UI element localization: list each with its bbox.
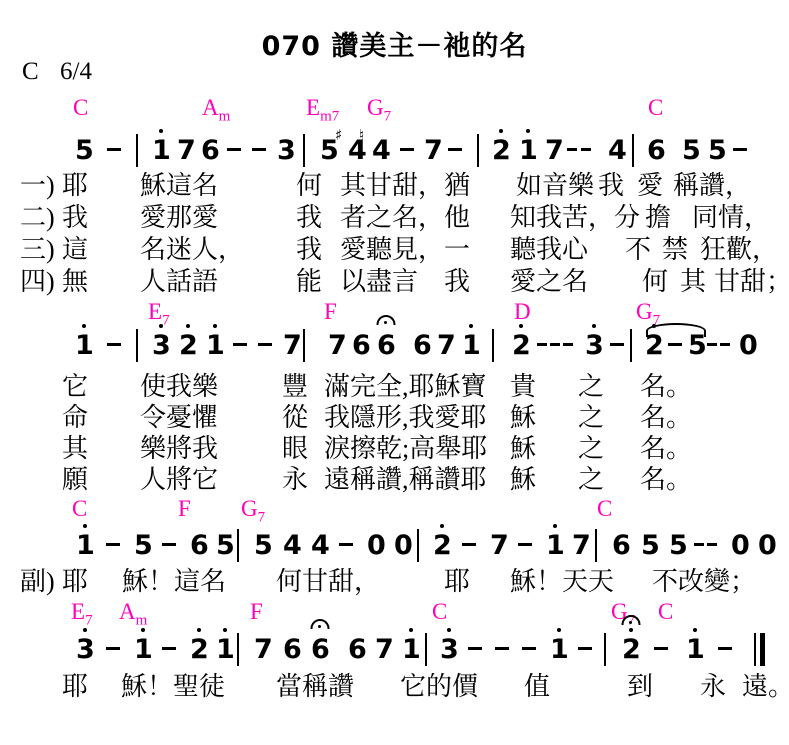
note: 3 [440,636,458,663]
note: 7 [490,532,508,559]
lyric-segment: 使我樂 [140,372,218,402]
lyric-segment: 愛聽見，一 [340,235,470,265]
note: 3 [277,137,295,164]
note: 6 [647,137,665,164]
lyric-segment: 人將它 [140,465,218,495]
lyric-segment: 耶 [62,567,88,597]
lyric-segment: 穌！這名 [122,567,226,597]
note: 5 [254,532,272,559]
note: 4♮ [372,137,390,164]
lyric-segment: 豐 [282,372,308,402]
dash-line [537,343,547,346]
tie-arc [646,323,706,337]
note: 1 [686,636,704,663]
dash-line [448,148,462,151]
note: 1 [216,636,234,663]
lyric-segment: 樂將我 [140,434,218,464]
note: 2 [492,137,510,164]
octave-dot [213,324,217,328]
octave-dot [592,324,596,328]
barline [237,529,239,562]
lyric-segment: 何甘甜， [276,567,380,597]
lyric-segment: 遠稱讚,稱讚耶 [324,465,487,495]
dash-line [733,148,747,151]
chord-label: Em7 [306,96,339,125]
rest-note: 0 [731,532,749,559]
note: 7 [254,636,272,663]
note: 6 [201,137,219,164]
lyric-segment: 副) [20,567,55,597]
octave-dot [526,129,530,133]
lyric-segment: 名。 [640,465,692,495]
lyric-segment: 聽我心 [510,235,588,265]
lyric-segment: 擔 [645,203,671,233]
dash-line [468,647,482,650]
chord-label: F [250,600,263,623]
final-barline-thin [754,633,756,666]
note: 5 [134,532,152,559]
dash-line [707,543,717,546]
note: 5 [708,137,726,164]
final-barline-thick [760,633,765,666]
lyric-segment: 愛之名 [510,267,588,297]
lyric-segment: 不改變； [652,567,756,597]
octave-dot [499,129,503,133]
lyric-segment: 二) [20,203,55,233]
barline [630,329,632,362]
lyric-segment: 名。 [640,403,692,433]
lyric-segment: 穌！天天 [510,567,614,597]
note: 7 [572,532,590,559]
note: 7 [545,137,563,164]
lyric-segment: 其 [62,434,88,464]
octave-dot [447,628,451,632]
lyric-segment: 我隱形,我愛耶 [324,403,487,433]
barline [136,329,138,362]
lyric-segment: 知我苦，分 [510,203,640,233]
lyric-segment: 其 [680,267,706,297]
lyric-segment: 名迷人， [140,235,244,265]
lyric-segment: 何 [642,267,668,297]
lyric-segment: 值 [524,672,550,702]
lyric-segment: 它的價 [400,672,478,702]
lyric-segment: 它 [62,372,88,402]
octave-dot [223,628,227,632]
note: 1 [76,532,94,559]
note: 4 [608,137,626,164]
lyric-segment: 四) [20,267,55,297]
lyric-segment: 當稱讚 [276,672,354,702]
dash-line [581,148,591,151]
dash-line [162,647,176,650]
lyric-segment: 之 [578,434,604,464]
dash-line [522,647,536,650]
dash-line [668,343,682,346]
key-signature: C [22,58,39,86]
chord-subscript: 7 [258,510,266,526]
barline [303,329,305,362]
barline [492,329,494,362]
fermata-icon [310,619,329,629]
octave-dot [197,628,201,632]
lyric-segment: 之 [578,372,604,402]
dash-line [694,543,704,546]
dash-line [610,343,624,346]
chord-label: G7 [241,497,265,526]
lyric-segment: 穌 [510,465,536,495]
octave-dot [186,324,190,328]
dash-line [162,543,176,546]
note: 3 [152,332,170,359]
octave-dot [629,628,633,632]
lyric-segment: 命 [62,403,88,433]
lyric-segment: 令憂懼 [140,403,218,433]
note: 6 [311,636,329,663]
lyric-segment: 人話語 [140,267,218,297]
dash-line [518,543,532,546]
note: 1 [206,332,224,359]
chord-label: F [178,497,191,520]
chord-label: C [432,600,447,623]
dash-line [718,647,732,650]
rest-note: 0 [367,532,385,559]
barline [595,529,597,562]
dash-line [495,647,509,650]
note: 7 [283,332,301,359]
note: 1 [519,137,537,164]
dash-line [462,543,476,546]
note: 1 [462,332,480,359]
lyric-segment: 穌 [510,403,536,433]
chord-label: F [324,300,337,323]
lyric-segment: 我 [62,203,88,233]
lyric-segment: 甘甜； [714,267,789,297]
chord-label: C [73,96,88,119]
chord-subscript: m [219,109,231,125]
note: 1 [550,636,568,663]
note: 2 [179,332,197,359]
note: 6 [352,332,370,359]
note: 4 [311,532,329,559]
octave-dot [82,324,86,328]
note: 5 [216,532,234,559]
chord-label: C [658,600,673,623]
lyric-segment: 禁 [662,235,688,265]
rest-note: 0 [739,332,757,359]
dash-line [550,343,560,346]
octave-dot [519,324,523,328]
accidental-icon: ♯ [335,128,342,143]
barline [417,529,419,562]
chord-label: G7 [367,96,391,125]
dash-line [567,148,577,151]
octave-dot [159,129,163,133]
lyric-segment: 耶 [62,171,88,201]
chord-label: C [648,96,663,119]
lyric-segment: 不 [625,235,651,265]
note: 6 [612,532,630,559]
lyric-segment: 眼 [282,434,308,464]
lyric-segment: 我 [296,235,322,265]
octave-dot [83,524,87,528]
chord-label: C [597,497,612,520]
lyric-segment: 三) [20,235,55,265]
dash-line [720,343,730,346]
lyric-segment: 何 [296,171,322,201]
sheet-page: 070 讚美主－祂的名 C 6/4 CAmEm7G7C5176354♯4♮721… [0,0,789,745]
dash-line [107,343,121,346]
dash-line [654,647,668,650]
note: 6 [348,636,366,663]
lyric-segment: 名。 [640,372,692,402]
dash-line [233,343,247,346]
octave-dot [469,324,473,328]
barline [632,134,634,167]
lyric-segment: 遠。 [742,672,789,702]
note: 1 [75,332,93,359]
chord-label: E7 [71,600,93,629]
chord-subscript: m7 [320,109,339,125]
dash-line [106,543,120,546]
fermata-icon [376,315,395,325]
lyric-segment: 到 [627,672,653,702]
barline [425,633,427,666]
dash-line [707,343,717,346]
note: 2 [622,636,640,663]
octave-dot [553,524,557,528]
chord-subscript: 7 [85,613,93,629]
note: 6 [283,636,301,663]
barline [477,134,479,167]
lyric-segment: 耶 [444,567,470,597]
fermata-icon [621,615,640,625]
lyric-segment: 這 [62,235,88,265]
dash-line [578,647,592,650]
octave-dot [83,628,87,632]
dash-line [258,343,272,346]
chord-label: Am [119,600,147,629]
lyric-segment: 以盡言 [340,267,418,297]
dash-line [107,148,121,151]
lyric-segment: 如音樂 [516,171,594,201]
lyric-segment: 滿完全,耶穌寶 [324,372,487,402]
note: 1 [546,532,564,559]
dash-line [563,343,573,346]
lyric-segment: 從 [282,403,308,433]
lyric-segment: 其甘甜，猶 [340,171,470,201]
note: 7 [424,137,442,164]
dash-line [400,148,414,151]
octave-dot [409,628,413,632]
note: 3 [76,636,94,663]
lyric-segment: 稱讚， [673,171,751,201]
barline [237,633,239,666]
chord-subscript: 7 [162,313,170,329]
dash-line [252,148,266,151]
lyric-segment: 耶 [62,672,88,702]
note: 2 [190,636,208,663]
note: 6 [190,532,208,559]
rest-note: 0 [758,532,776,559]
note: 2 [433,532,451,559]
rest-note: 0 [394,532,412,559]
note: 2 [512,332,530,359]
octave-dot [557,628,561,632]
chord-label: Am [202,96,230,125]
dash-line [339,543,353,546]
note: 6 [377,332,395,359]
note: 1 [152,137,170,164]
lyric-segment: 穌！聖徒 [121,672,225,702]
note: 7 [375,636,393,663]
note: 1 [402,636,420,663]
lyric-segment: 之 [578,465,604,495]
chord-label: C [72,497,87,520]
note: 5 [682,137,700,164]
chord-label: D [514,300,531,323]
accidental-icon: ♮ [359,128,364,143]
lyric-segment: 永 [282,465,308,495]
note: 5 [641,532,659,559]
lyric-segment: 穌 [510,434,536,464]
lyric-segment: 愛那愛 [140,203,218,233]
page-title: 070 讚美主－祂的名 [0,24,789,63]
chord-subscript: m [136,613,148,629]
chord-subscript: 7 [384,109,392,125]
barline [604,633,606,666]
lyric-segment: 穌這名 [140,171,218,201]
dash-line [227,148,241,151]
note: 3 [585,332,603,359]
lyric-segment: 無 [62,267,88,297]
lyric-segment: 同情， [692,203,770,233]
barline [136,134,138,167]
note: 5 [75,137,93,164]
note: 7 [437,332,455,359]
lyric-segment: 名。 [640,434,692,464]
note: 1 [134,636,152,663]
lyric-segment: 我 [444,267,470,297]
lyric-segment: 永 [700,672,726,702]
lyric-segment: 願 [62,465,88,495]
barline [303,134,305,167]
time-signature: 6/4 [60,58,92,86]
lyric-segment: 淚擦乾;高舉耶 [324,434,487,464]
lyric-segment: 我 [296,203,322,233]
note: 4 [283,532,301,559]
lyric-segment: 狂歡， [700,235,778,265]
lyric-segment: 之 [578,403,604,433]
octave-dot [141,628,145,632]
lyric-segment: 一) [20,171,55,201]
octave-dot [693,628,697,632]
note: 7 [328,332,346,359]
lyric-segment: 能 [296,267,322,297]
lyric-segment: 我 [598,171,624,201]
note: 7 [177,137,195,164]
lyric-segment: 者之名，他 [340,203,470,233]
note: 6 [413,332,431,359]
octave-dot [159,324,163,328]
note: 5 [669,532,687,559]
octave-dot [440,524,444,528]
dash-line [106,647,120,650]
lyric-segment: 愛 [637,171,663,201]
lyric-segment: 貴 [510,372,536,402]
